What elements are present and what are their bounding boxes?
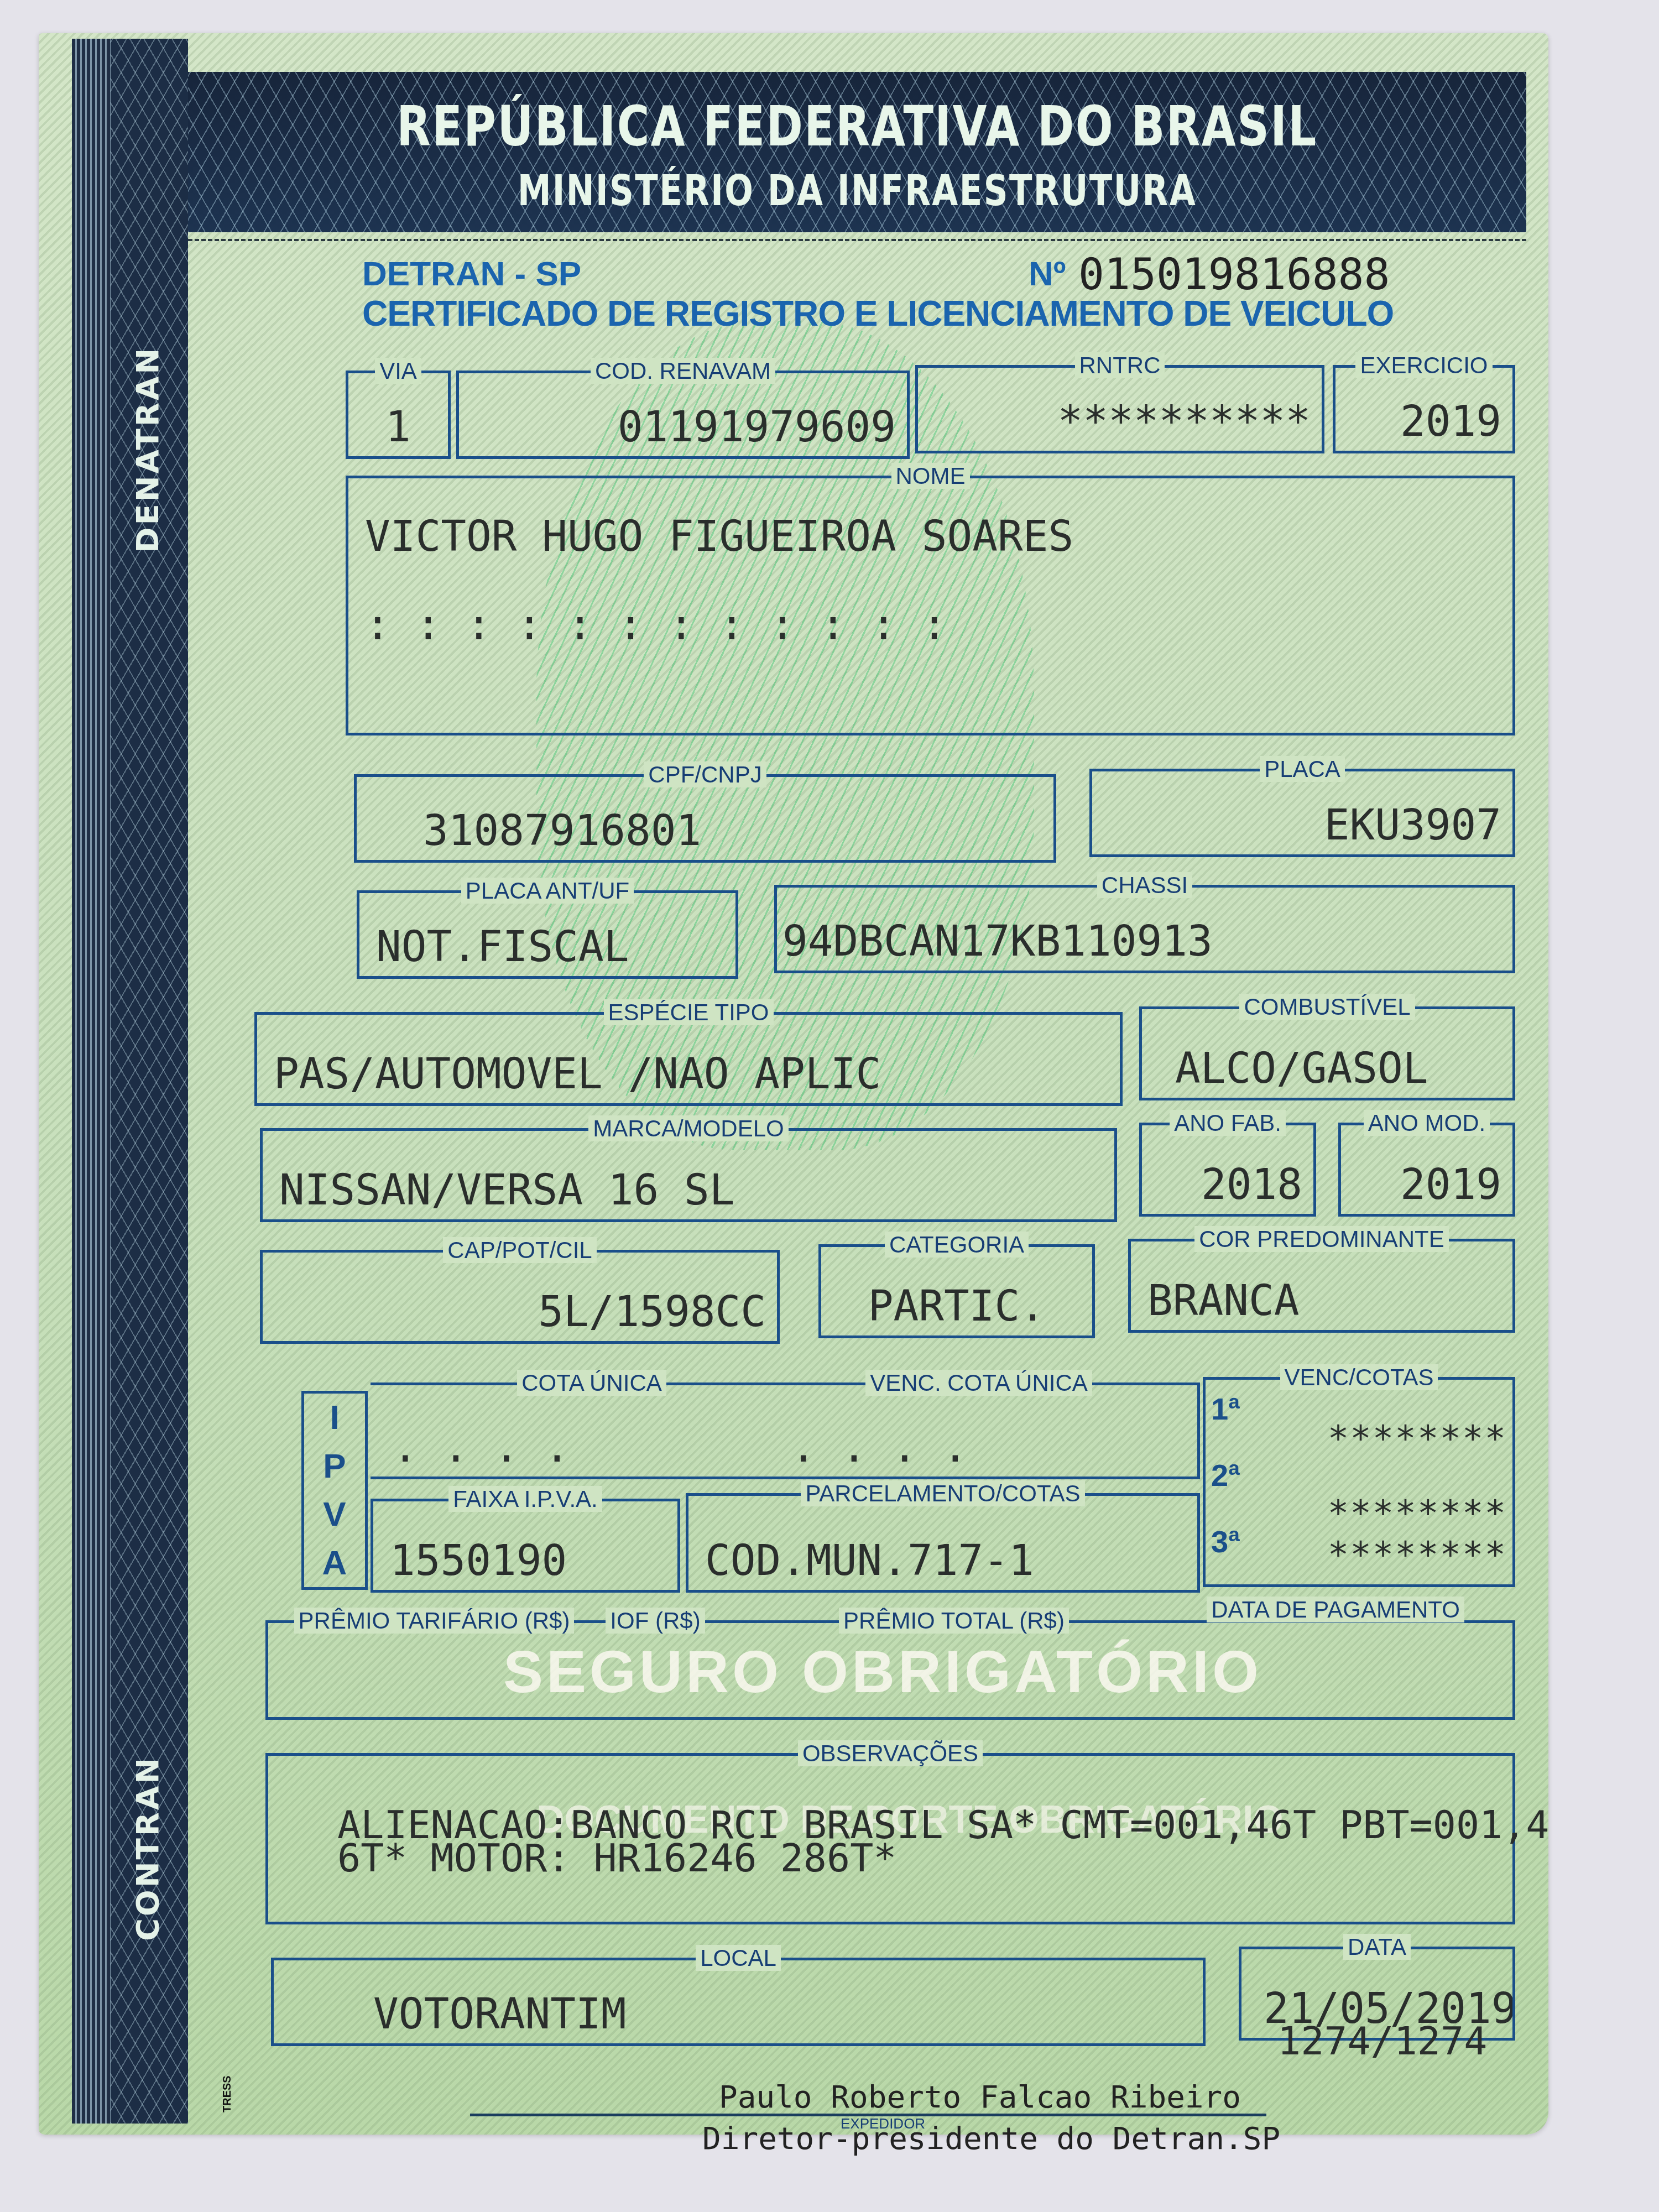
via-value: 1 [348,402,448,452]
ipva-letter: P [323,1447,346,1486]
field-cor-predominante: COR PREDOMINANTE BRANCA [1128,1239,1515,1333]
field-categoria: CATEGORIA PARTIC. [818,1244,1095,1338]
field-rntrc: RNTRC ********** [915,365,1324,453]
ipva-side-label: I P V A [301,1391,368,1590]
cota-unica-value: . . . . [393,1422,724,1472]
ano-mod-value: 2019 [1400,1160,1501,1209]
renavam-value: 01191979609 [618,402,896,452]
field-venc-cotas: VENC/COTAS 1ª ******** 2ª ******** 3ª **… [1203,1377,1515,1587]
ministry-title: MINISTÉRIO DA INFRAESTRUTURA [322,166,1392,215]
field-ano-fabricacao: ANO FAB. 2018 [1139,1123,1316,1217]
nome-value: VICTOR HUGO FIGUEIROA SOARES [365,512,1507,561]
country-title: REPÚBLICA FEDERATIVA DO BRASIL [322,94,1392,159]
marca-modelo-value: NISSAN/VERSA 16 SL [279,1165,1109,1215]
cor-label: COR PREDOMINANTE [1194,1226,1448,1252]
data-label: DATA [1343,1934,1411,1960]
cpf-cnpj-label: CPF/CNPJ [644,761,766,787]
parcelamento-label: PARCELAMENTO/COTAS [801,1480,1084,1506]
field-cpf-cnpj: CPF/CNPJ 31087916801 [354,774,1056,863]
signatory-name: Paulo Roberto Falcao Ribeiro [719,2079,1241,2115]
cota-value: ******** [1328,1493,1507,1534]
security-band-left: DENATRAN CONTRAN [72,39,188,2124]
document-number-label: Nº [1029,254,1066,294]
document-title: CERTIFICADO DE REGISTRO E LICENCIAMENTO … [362,293,1394,334]
seguro-watermark: SEGURO OBRIGATÓRIO [503,1637,1262,1706]
parcelamento-value: COD.MUN.717-1 [705,1536,1192,1585]
venc-cotas-label: VENC/COTAS [1280,1364,1438,1390]
exercicio-label: EXERCICIO [1355,352,1492,378]
signatory-title: Diretor-presidente do Detran.SP [702,2121,1280,2157]
placa-anterior-label: PLACA ANT/UF [461,878,634,904]
observacoes-text: ALIENACAO:BANCO RCI BRASIL SA* CMT=001,4… [337,1808,1554,1875]
crlv-document: DENATRAN CONTRAN TRESS REPÚBLICA FEDERAT… [39,33,1548,2135]
field-placa-anterior: PLACA ANT/UF NOT.FISCAL [357,890,738,979]
printer-mark: TRESS [221,2075,234,2112]
field-marca-modelo: MARCA/MODELO NISSAN/VERSA 16 SL [260,1128,1117,1222]
field-faixa-ipva: FAIXA I.P.V.A. 1550190 [371,1499,680,1593]
field-especie-tipo: ESPÉCIE TIPO PAS/AUTOMOVEL /NAO APLIC [254,1012,1123,1106]
placa-label: PLACA [1260,756,1345,782]
header-divider [188,239,1526,241]
cap-pot-cil-label: CAP/POT/CIL [443,1237,596,1263]
field-cota-unica: COTA ÚNICA VENC. COTA ÚNICA . . . . . . … [371,1383,1200,1479]
categoria-value: PARTIC. [821,1281,1092,1331]
ipva-letter: V [323,1495,346,1534]
stamp-number: 1274/1274 [1277,2018,1487,2064]
rntrc-label: RNTRC [1075,352,1165,378]
renavam-label: COD. RENAVAM [591,358,775,384]
marca-modelo-label: MARCA/MODELO [588,1115,788,1141]
combustivel-value: ALCO/GASOL [1175,1044,1512,1093]
cap-pot-cil-value: 5L/1598CC [538,1287,766,1337]
exercicio-value: 2019 [1400,397,1501,446]
cota-value: ******** [1328,1418,1507,1459]
cota-ordinal: 1ª [1211,1391,1240,1427]
observacoes-label: OBSERVAÇÕES [798,1740,983,1766]
especie-tipo-value: PAS/AUTOMOVEL /NAO APLIC [274,1049,1114,1099]
ano-fab-value: 2018 [1201,1160,1302,1209]
iof-label: IOF (R$) [606,1608,705,1634]
premio-total-label: PRÊMIO TOTAL (R$) [839,1608,1069,1634]
local-value: VOTORANTIM [373,1989,1197,2039]
field-ano-modelo: ANO MOD. 2019 [1338,1123,1515,1217]
field-renavam: COD. RENAVAM 01191979609 [456,371,910,459]
ipva-letter: I [330,1398,339,1437]
field-parcelamento: PARCELAMENTO/COTAS COD.MUN.717-1 [686,1493,1200,1593]
document-header: REPÚBLICA FEDERATIVA DO BRASIL MINISTÉRI… [188,72,1526,232]
document-number: 015019816888 [1078,250,1390,300]
contran-label: CONTRAN [130,1756,166,1941]
data-pagamento-label: DATA DE PAGAMENTO [1207,1597,1464,1623]
ipva-letter: A [322,1543,347,1583]
cor-value: BRANCA [1147,1276,1507,1326]
nome-blank-line: : : : : : : : : : : : : [365,600,1507,650]
venc-cota-unica-value: . . . . [791,1422,1123,1472]
field-chassi: CHASSI 94DBCAN17KB110913 [774,885,1515,973]
ano-fab-label: ANO FAB. [1170,1110,1286,1136]
cota-value: ******** [1328,1535,1507,1575]
combustivel-label: COMBUSTÍVEL [1239,994,1415,1020]
denatran-label: DENATRAN [130,346,166,553]
field-nome: NOME VICTOR HUGO FIGUEIROA SOARES : : : … [346,476,1515,735]
cota-ordinal: 3ª [1211,1524,1240,1559]
rntrc-value: ********** [1057,397,1311,446]
cota-unica-label: COTA ÚNICA [517,1370,666,1396]
categoria-label: CATEGORIA [885,1232,1029,1258]
placa-value: EKU3907 [1324,800,1501,850]
field-exercicio: EXERCICIO 2019 [1333,365,1515,453]
placa-anterior-value: NOT.FISCAL [376,922,730,972]
especie-tipo-label: ESPÉCIE TIPO [604,999,774,1025]
local-label: LOCAL [696,1945,781,1971]
cota-ordinal: 2ª [1211,1457,1240,1493]
agency-name: DETRAN - SP [362,254,581,294]
field-combustivel: COMBUSTÍVEL ALCO/GASOL [1139,1006,1515,1100]
field-local: LOCAL VOTORANTIM [271,1958,1206,2046]
field-cap-pot-cil: CAP/POT/CIL 5L/1598CC [260,1250,780,1344]
via-label: VIA [375,358,421,384]
nome-label: NOME [891,463,970,489]
field-placa: PLACA EKU3907 [1089,769,1515,857]
faixa-ipva-label: FAIXA I.P.V.A. [448,1486,602,1512]
chassi-value: 94DBCAN17KB110913 [782,916,1507,966]
chassi-label: CHASSI [1097,872,1192,898]
faixa-ipva-value: 1550190 [390,1536,672,1585]
premio-tarifario-label: PRÊMIO TARIFÁRIO (R$) [294,1608,575,1634]
ano-mod-label: ANO MOD. [1364,1110,1490,1136]
field-via: VIA 1 [346,371,451,459]
cpf-cnpj-value: 31087916801 [423,806,1048,855]
venc-cota-unica-label: VENC. COTA ÚNICA [865,1370,1092,1396]
